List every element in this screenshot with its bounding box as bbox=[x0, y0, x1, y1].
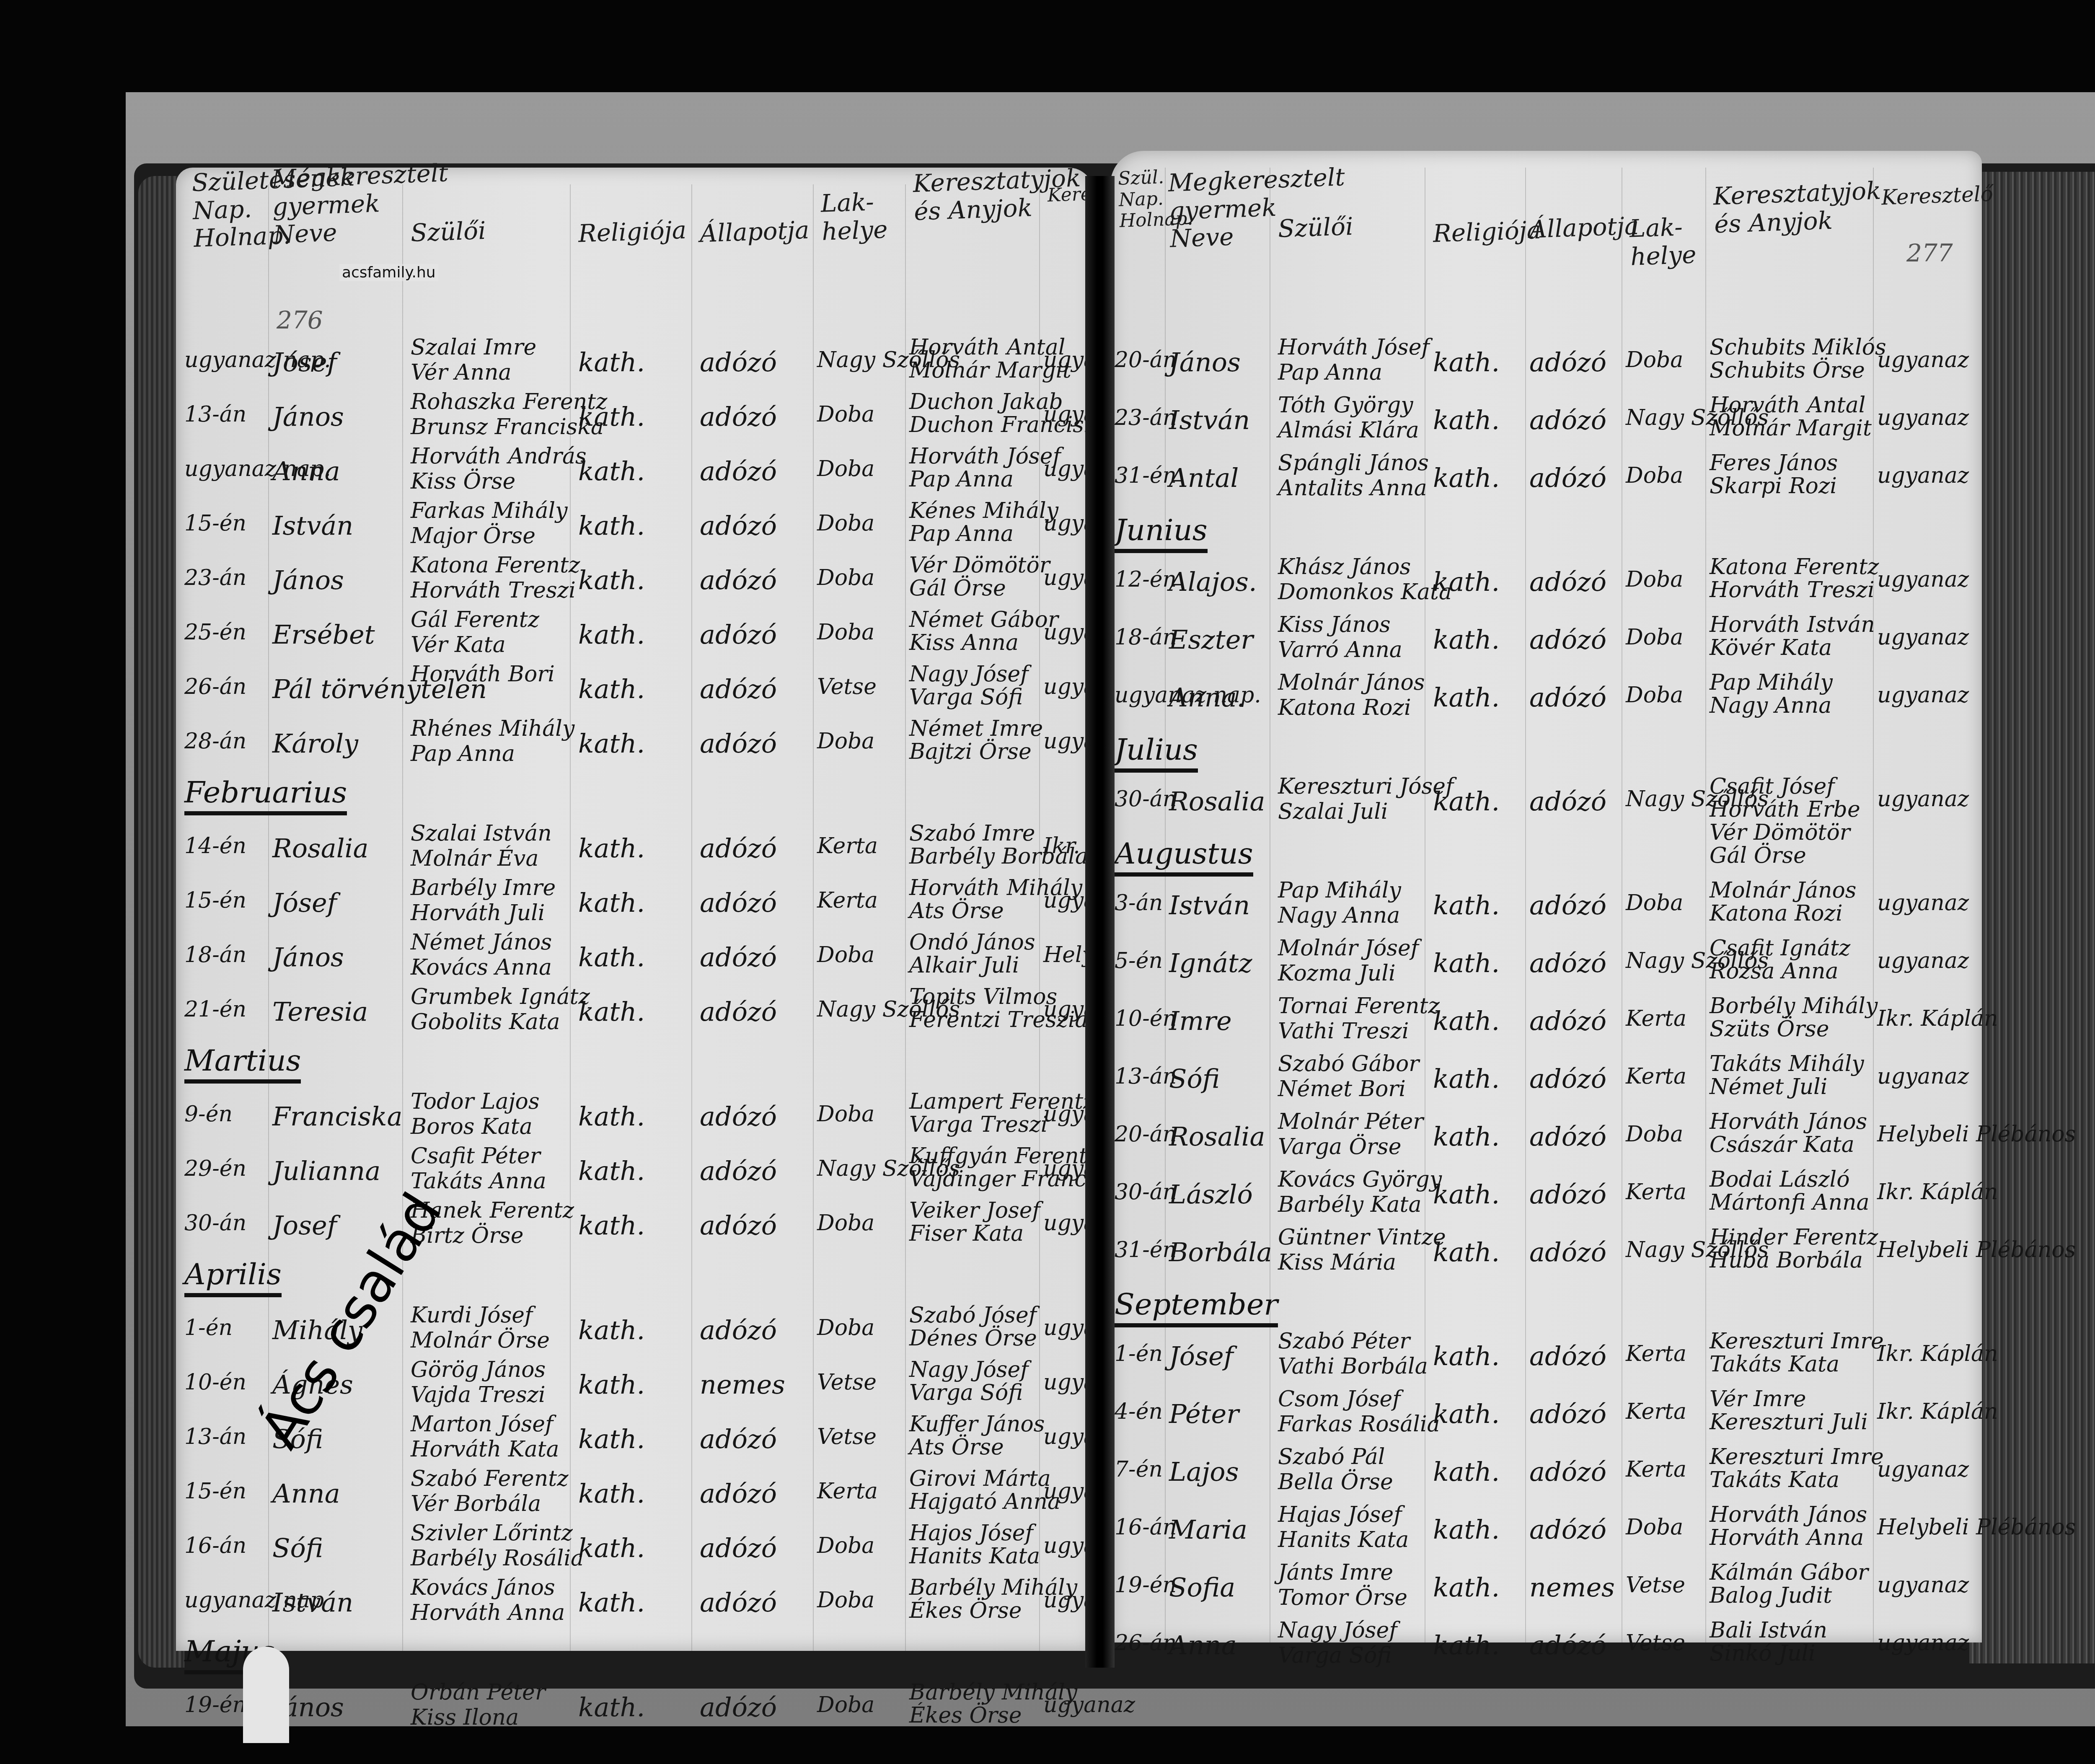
parent-name: Orbán Péter bbox=[411, 1680, 546, 1705]
entry-date: 30-án bbox=[184, 1211, 246, 1235]
godparent-name: Balog Judit bbox=[1710, 1583, 1832, 1608]
child-name: Jósef bbox=[272, 888, 337, 917]
parent-name: Molnár Jósef bbox=[1278, 936, 1419, 960]
parent-name: Nagy Jósef bbox=[1278, 1618, 1397, 1642]
page-edges-right bbox=[1969, 172, 2095, 1663]
child-name: Imre bbox=[1169, 1006, 1232, 1035]
priest: Helybeli Plébános bbox=[1877, 1515, 2076, 1539]
godparent-name: Horváth Treszi bbox=[1710, 578, 1875, 602]
parent-name: Horváth Juli bbox=[411, 901, 545, 925]
col-header-birth-date: Szül. Nap. Holnap. bbox=[1117, 167, 1166, 232]
status: adózó bbox=[1529, 1180, 1606, 1209]
page-number-right: 277 bbox=[1906, 239, 1953, 267]
priest: ugyanaz bbox=[1877, 1631, 1969, 1655]
child-name: Maria bbox=[1169, 1515, 1247, 1544]
religion: kath. bbox=[1433, 1515, 1500, 1544]
child-name: Anna bbox=[272, 1479, 340, 1508]
religion: kath. bbox=[1433, 949, 1500, 978]
religion: kath. bbox=[578, 1693, 645, 1722]
entry-date: 3-án bbox=[1115, 891, 1163, 915]
religion: kath. bbox=[1433, 348, 1500, 377]
godparent-name: Vér Dömötör bbox=[1710, 820, 1850, 845]
godparent-name: Vér Dömötör bbox=[909, 553, 1050, 577]
godparent-name: Kuffer János bbox=[909, 1412, 1045, 1436]
godparent-name: Kövér Kata bbox=[1710, 636, 1832, 660]
godparent-name: Ondó János bbox=[909, 930, 1035, 954]
residence: Doba bbox=[1626, 683, 1683, 707]
priest: ugyanaz bbox=[1877, 348, 1969, 372]
parent-name: Vér Kata bbox=[411, 633, 506, 657]
parent-name: Nagy Anna bbox=[1278, 903, 1400, 928]
col-header-parents: Szülői bbox=[1278, 212, 1354, 243]
parent-name: Szabó Gábor bbox=[1278, 1052, 1419, 1076]
parent-name: Marton Jósef bbox=[411, 1412, 553, 1436]
child-name: Julianna bbox=[272, 1156, 380, 1185]
godparent-name: Gál Örse bbox=[1710, 843, 1806, 868]
parent-name: Szabó Ferentz bbox=[411, 1467, 569, 1491]
residence: Kerta bbox=[817, 834, 878, 858]
priest: Ikr. Káplán bbox=[1877, 1342, 1998, 1366]
residence: Doba bbox=[1626, 1122, 1683, 1146]
parent-name: Barbély Imre bbox=[411, 876, 556, 900]
child-name: István bbox=[272, 1588, 353, 1617]
entry-date: 20-án bbox=[1115, 1122, 1177, 1146]
parent-name: Kovács János bbox=[411, 1575, 555, 1600]
entry-date: 7-én bbox=[1115, 1457, 1163, 1482]
godparent-name: Csafit Jósef bbox=[1710, 774, 1834, 799]
month-heading: September bbox=[1115, 1287, 1278, 1327]
parent-name: Csom Jósef bbox=[1278, 1387, 1400, 1411]
godparent-name: Csafit Ignátz bbox=[1710, 936, 1850, 960]
child-name: István bbox=[1169, 891, 1250, 920]
godparent-name: Pap Mihály bbox=[1710, 670, 1833, 695]
parent-name: Varró Anna bbox=[1278, 638, 1402, 662]
entry-date: 15-én bbox=[184, 511, 246, 535]
parent-name: Farkas Rosália bbox=[1278, 1412, 1440, 1436]
parent-name: Domonkos Kata bbox=[1278, 580, 1452, 604]
godparent-name: Feres János bbox=[1710, 451, 1838, 475]
child-name: Péter bbox=[1169, 1399, 1239, 1428]
godparent-name: Rozsa Anna bbox=[1710, 959, 1839, 983]
child-name: Sófi bbox=[1169, 1064, 1220, 1093]
parent-name: Kovács Anna bbox=[411, 955, 552, 980]
entry-date: 10-én bbox=[1115, 1006, 1177, 1031]
child-name: Josef bbox=[272, 1211, 337, 1240]
child-name: István bbox=[272, 511, 353, 540]
godparent-name: Bajtzi Örse bbox=[909, 740, 1032, 764]
parent-name: Horváth Kata bbox=[411, 1437, 559, 1461]
godparent-name: Szabó Imre bbox=[909, 821, 1035, 846]
parent-name: Gál Ferentz bbox=[411, 608, 539, 632]
religion: kath. bbox=[1433, 1006, 1500, 1035]
entry-date: 26-án bbox=[184, 675, 246, 699]
godparent-name: Hinder Ferentz bbox=[1710, 1225, 1878, 1249]
watermark-url: acsfamily.hu bbox=[339, 264, 438, 281]
status: adózó bbox=[1529, 1342, 1606, 1371]
parent-name: Horváth Anna bbox=[411, 1601, 565, 1625]
godparent-name: Szabó Jósef bbox=[909, 1303, 1037, 1327]
parent-name: Kiss Mária bbox=[1278, 1250, 1396, 1275]
parent-name: Almási Klára bbox=[1278, 418, 1419, 442]
parent-name: Farkas Mihály bbox=[411, 499, 568, 523]
child-name: János bbox=[272, 402, 344, 431]
parent-name: Pap Anna bbox=[1278, 360, 1382, 385]
residence: Kerta bbox=[1626, 1342, 1686, 1366]
godparent-name: Sinkó Juli bbox=[1710, 1641, 1816, 1666]
godparent-name: Schubits Örse bbox=[1710, 358, 1865, 383]
status: adózó bbox=[700, 675, 777, 704]
child-name: Anna. bbox=[1169, 683, 1245, 712]
right-page: Szül. Nap. Holnap. Megkeresztelt gyermek… bbox=[1110, 151, 1982, 1642]
religion: kath. bbox=[1433, 1064, 1500, 1093]
status: adózó bbox=[700, 402, 777, 431]
entry-date: 4-én bbox=[1115, 1399, 1163, 1424]
parent-name: Hajas Jósef bbox=[1278, 1503, 1402, 1527]
entry-date: 30-án bbox=[1115, 1180, 1177, 1204]
entry-date: 28-án bbox=[184, 729, 246, 753]
godparent-name: Takáts Kata bbox=[1710, 1468, 1839, 1492]
religion: kath. bbox=[578, 675, 645, 704]
godparent-name: Girovi Márta bbox=[909, 1467, 1051, 1491]
residence: Doba bbox=[817, 1102, 874, 1126]
status: adózó bbox=[1529, 1399, 1606, 1428]
religion: kath. bbox=[578, 997, 645, 1026]
col-header-parents: Szülői bbox=[410, 217, 486, 247]
godparent-name: Kereszturi Imre bbox=[1710, 1445, 1884, 1469]
status: adózó bbox=[700, 566, 777, 595]
religion: kath. bbox=[578, 457, 645, 486]
residence: Kerta bbox=[1626, 1064, 1686, 1089]
child-name: János bbox=[272, 566, 344, 595]
parent-name: Brunsz Franciska bbox=[411, 415, 604, 439]
residence: Doba bbox=[1626, 891, 1683, 915]
godparent-name: Szüts Örse bbox=[1710, 1017, 1829, 1041]
priest: Ikr. Káplán bbox=[1877, 1399, 1998, 1424]
priest: ugyanaz bbox=[1877, 1064, 1969, 1089]
religion: kath. bbox=[1433, 1457, 1500, 1486]
residence: Vetse bbox=[1626, 1573, 1685, 1597]
religion: kath. bbox=[1433, 1573, 1500, 1602]
entry-date: 18-án bbox=[184, 943, 246, 967]
priest: ugyanaz bbox=[1877, 406, 1969, 430]
entry-date: 31-én bbox=[1115, 1238, 1177, 1262]
status: adózó bbox=[700, 997, 777, 1026]
child-name: Teresia bbox=[272, 997, 368, 1026]
godparent-name: Kiss Anna bbox=[909, 631, 1019, 655]
godparent-name: Katona Ferentz bbox=[1710, 555, 1879, 579]
entry-date: 31-én bbox=[1115, 463, 1177, 488]
parent-name: Vér Anna bbox=[411, 360, 511, 385]
residence: Doba bbox=[817, 729, 874, 753]
priest: ugyanaz bbox=[1877, 891, 1969, 915]
child-name: János bbox=[272, 943, 344, 972]
religion: kath. bbox=[1433, 683, 1500, 712]
status: adózó bbox=[1529, 406, 1606, 435]
parent-name: Német Bori bbox=[1278, 1077, 1406, 1101]
entry-date: 26-án bbox=[1115, 1631, 1177, 1655]
entry-date: 16-án bbox=[184, 1534, 246, 1558]
entry-date: 25-én bbox=[184, 620, 246, 644]
godparent-name: Ékes Örse bbox=[909, 1598, 1022, 1623]
entry-date: 19-én bbox=[1115, 1573, 1177, 1597]
parent-name: Molnár Örse bbox=[411, 1328, 550, 1353]
parent-name: Kiss Ilona bbox=[411, 1705, 519, 1730]
godparent-name: Molnár Margit bbox=[1710, 416, 1872, 440]
page-holder-finger bbox=[243, 1647, 289, 1743]
status: adózó bbox=[700, 511, 777, 540]
godparent-name: Gál Örse bbox=[909, 576, 1006, 600]
status: adózó bbox=[1529, 1064, 1606, 1093]
col-header-child-name: Megkeresztelt gyermek Neve bbox=[1168, 166, 1263, 253]
child-name: Ersébet bbox=[272, 620, 375, 649]
residence: Doba bbox=[1626, 1515, 1683, 1539]
residence: Doba bbox=[1626, 625, 1683, 649]
month-heading: Aprilis bbox=[184, 1257, 282, 1297]
religion: kath. bbox=[578, 1102, 645, 1131]
godparent-name: Borbély Mihály bbox=[1710, 994, 1878, 1018]
religion: kath. bbox=[1433, 625, 1500, 654]
godparent-name: Bodai László bbox=[1710, 1167, 1850, 1192]
child-name: Anna bbox=[1169, 1631, 1237, 1660]
book-gutter bbox=[1085, 176, 1115, 1668]
child-name: Jósef bbox=[272, 348, 337, 377]
residence: Vetse bbox=[1626, 1631, 1685, 1655]
entry-date: 5-én bbox=[1115, 949, 1163, 973]
residence: Doba bbox=[817, 943, 874, 967]
status: adózó bbox=[1529, 891, 1606, 920]
residence: Vetse bbox=[817, 1370, 877, 1394]
col-header-status: Állapotja bbox=[1529, 212, 1640, 243]
status: adózó bbox=[700, 1425, 777, 1454]
parent-name: Güntner Vintze bbox=[1278, 1225, 1446, 1249]
priest: ugyanaz bbox=[1877, 567, 1969, 592]
child-name: Jósef bbox=[1169, 1342, 1234, 1371]
godparent-name: Bali István bbox=[1710, 1618, 1827, 1642]
residence: Doba bbox=[817, 457, 874, 481]
godparent-name: Kereszturi Imre bbox=[1710, 1329, 1884, 1353]
parent-name: Tomor Örse bbox=[1278, 1586, 1407, 1610]
col-header-child-name: Megkeresztelt gyermek Neve bbox=[271, 162, 370, 249]
priest: Helybeli Plébános bbox=[1877, 1238, 2076, 1262]
godparent-name: Pap Anna bbox=[909, 522, 1014, 546]
residence: Doba bbox=[817, 511, 874, 535]
child-name: László bbox=[1169, 1180, 1253, 1209]
parent-name: Vathi Treszi bbox=[1278, 1019, 1409, 1043]
child-name: Anna bbox=[272, 457, 340, 486]
godparent-name: Veiker Josef bbox=[909, 1198, 1040, 1223]
status: adózó bbox=[700, 943, 777, 972]
godparent-name: Nagy Jósef bbox=[909, 1358, 1029, 1382]
entry-date: 16-án bbox=[1115, 1515, 1177, 1539]
priest: ugyanaz bbox=[1877, 683, 1969, 707]
godparent-name: Horváth János bbox=[1710, 1503, 1867, 1527]
priest: Ikr. Káplán bbox=[1877, 1180, 1998, 1204]
godparent-name: Hajos Jósef bbox=[909, 1521, 1033, 1545]
residence: Doba bbox=[817, 1693, 874, 1717]
col-header-birth-date: Születésének Nap. Holnap. bbox=[191, 166, 270, 253]
religion: kath. bbox=[578, 1316, 645, 1345]
status: adózó bbox=[700, 834, 777, 863]
religion: kath. bbox=[1433, 1342, 1500, 1371]
godparent-name: Takáts Mihály bbox=[1710, 1052, 1864, 1076]
status: adózó bbox=[1529, 348, 1606, 377]
parent-name: Major Örse bbox=[411, 524, 535, 548]
religion: kath. bbox=[1433, 406, 1500, 435]
parent-name: Spángli János bbox=[1278, 451, 1429, 475]
godparent-name: Dénes Örse bbox=[909, 1326, 1037, 1350]
godparent-name: Kénes Mihály bbox=[909, 499, 1058, 523]
parent-name: Szabó Péter bbox=[1278, 1329, 1410, 1353]
parent-name: Csafit Péter bbox=[411, 1144, 541, 1168]
religion: kath. bbox=[578, 402, 645, 431]
col-header-residence: Lak-helye bbox=[820, 187, 890, 246]
parent-name: Hanits Kata bbox=[1278, 1528, 1409, 1552]
child-name: Borbála bbox=[1169, 1238, 1272, 1267]
entry-date: 15-én bbox=[184, 888, 246, 913]
status: adózó bbox=[700, 888, 777, 917]
status: adózó bbox=[700, 1479, 777, 1508]
parent-name: Szalai István bbox=[411, 821, 552, 846]
parent-name: Szabó Pál bbox=[1278, 1445, 1385, 1469]
parent-name: Horváth Treszi bbox=[411, 578, 576, 603]
residence: Kerta bbox=[1626, 1180, 1686, 1204]
entry-date: 30-án bbox=[1115, 787, 1177, 811]
religion: kath. bbox=[578, 511, 645, 540]
parent-name: Vathi Borbála bbox=[1278, 1354, 1428, 1379]
religion: kath. bbox=[578, 1370, 645, 1399]
godparent-name: Duchon Jakab bbox=[909, 390, 1063, 414]
residence: Kerta bbox=[817, 1479, 878, 1503]
entry-date: 13-án bbox=[184, 1425, 246, 1449]
parent-name: Német János bbox=[411, 930, 552, 954]
residence: Doba bbox=[817, 1588, 874, 1612]
religion: kath. bbox=[578, 1588, 645, 1617]
parent-name: Todor Lajos bbox=[411, 1089, 540, 1114]
residence: Kerta bbox=[1626, 1399, 1686, 1424]
status: adózó bbox=[1529, 1122, 1606, 1151]
priest: ugyanaz bbox=[1877, 949, 1969, 973]
religion: kath. bbox=[578, 620, 645, 649]
residence: Doba bbox=[817, 1534, 874, 1558]
status: adózó bbox=[700, 1588, 777, 1617]
entry-date: 20-án bbox=[1115, 348, 1177, 372]
residence: Doba bbox=[817, 402, 874, 427]
godparent-name: Schubits Miklós bbox=[1710, 335, 1886, 360]
parent-name: Rhénes Mihály bbox=[411, 716, 574, 741]
godparent-name: Vér Imre bbox=[1710, 1387, 1806, 1411]
parent-name: Molnár János bbox=[1278, 670, 1425, 695]
parent-name: Varga Örse bbox=[1278, 1135, 1401, 1159]
status: adózó bbox=[700, 1156, 777, 1185]
residence: Kerta bbox=[1626, 1457, 1686, 1482]
child-name: Rosalia bbox=[1169, 787, 1265, 816]
godparent-name: Horváth Erbe bbox=[1710, 797, 1860, 822]
parent-name: Jánts Imre bbox=[1278, 1560, 1393, 1585]
parent-name: Katona Rozi bbox=[1278, 696, 1411, 720]
entry-date: 21-én bbox=[184, 997, 246, 1022]
religion: kath. bbox=[578, 1479, 645, 1508]
godparent-name: Nagy Anna bbox=[1710, 693, 1831, 718]
parent-name: Takáts Anna bbox=[411, 1169, 546, 1193]
parent-name: Khász János bbox=[1278, 555, 1411, 579]
parent-name: Horváth Jósef bbox=[1278, 335, 1430, 360]
religion: kath. bbox=[1433, 891, 1500, 920]
status: adózó bbox=[700, 729, 777, 758]
status: adózó bbox=[700, 1693, 777, 1722]
religion: kath. bbox=[1433, 1180, 1500, 1209]
status: adózó bbox=[1529, 567, 1606, 596]
godparent-name: Ats Örse bbox=[909, 1435, 1004, 1459]
residence: Kerta bbox=[1626, 1006, 1686, 1031]
parent-name: Szalai Imre bbox=[411, 335, 536, 360]
parent-name: Tornai Ferentz bbox=[1278, 994, 1440, 1018]
priest: ugyanaz bbox=[1877, 463, 1969, 488]
status: adózó bbox=[1529, 463, 1606, 492]
residence: Doba bbox=[1626, 463, 1683, 488]
child-name: Eszter bbox=[1169, 625, 1253, 654]
entry-date: 18-án bbox=[1115, 625, 1177, 649]
parent-name: Horváth Bori bbox=[411, 662, 555, 686]
status: adózó bbox=[700, 1211, 777, 1240]
godparent-name: Pap Anna bbox=[909, 467, 1014, 491]
godparent-name: Nagy Jósef bbox=[909, 662, 1029, 686]
status: adózó bbox=[700, 620, 777, 649]
priest: Helybeli Plébános bbox=[1877, 1122, 2076, 1146]
godparent-name: Katona Rozi bbox=[1710, 901, 1843, 926]
godparent-name: Topits Vilmos bbox=[909, 985, 1057, 1009]
parent-name: Barbély Kata bbox=[1278, 1192, 1421, 1217]
godparent-name: Német Juli bbox=[1710, 1075, 1827, 1099]
priest: ugyanaz bbox=[1877, 625, 1969, 649]
religion: kath. bbox=[578, 888, 645, 917]
status: adózó bbox=[700, 1316, 777, 1345]
month-heading: Martius bbox=[184, 1043, 301, 1084]
status: adózó bbox=[700, 457, 777, 486]
godparent-name: Császár Kata bbox=[1710, 1133, 1854, 1157]
child-name: Ignátz bbox=[1169, 949, 1252, 978]
religion: kath. bbox=[1433, 1631, 1500, 1660]
col-header-religion: Religiója bbox=[578, 216, 687, 248]
entry-date: 12-én bbox=[1115, 567, 1177, 592]
residence: Kerta bbox=[817, 888, 878, 913]
child-name: Lajos bbox=[1169, 1457, 1239, 1486]
godparent-name: Horváth János bbox=[1710, 1110, 1867, 1134]
godparent-name: Német Gábor bbox=[909, 608, 1058, 632]
parent-name: Kovács György bbox=[1278, 1167, 1442, 1192]
godparent-name: Kálmán Gábor bbox=[1710, 1560, 1868, 1585]
residence: Doba bbox=[817, 1316, 874, 1340]
child-name: István bbox=[1169, 406, 1250, 435]
religion: kath. bbox=[1433, 787, 1500, 816]
godparent-name: Kereszturi Juli bbox=[1710, 1410, 1868, 1434]
godparent-name: Német Imre bbox=[909, 716, 1043, 741]
status: adózó bbox=[700, 348, 777, 377]
parent-name: Barbély Rosália bbox=[411, 1546, 584, 1570]
parent-name: Kiss János bbox=[1278, 613, 1391, 637]
parent-name: Görög János bbox=[411, 1358, 546, 1382]
priest: Ikr. Káplán bbox=[1877, 1006, 1998, 1031]
parent-name: Tóth György bbox=[1278, 393, 1413, 417]
entry-date: 9-én bbox=[184, 1102, 233, 1126]
godparent-name: Varga Sófi bbox=[909, 1381, 1023, 1405]
parent-name: Katona Ferentz bbox=[411, 553, 580, 577]
parent-name: Antalits Anna bbox=[1278, 476, 1427, 500]
parent-name: Bella Örse bbox=[1278, 1470, 1393, 1494]
residence: Doba bbox=[817, 620, 874, 644]
child-name: Rosalia bbox=[1169, 1122, 1265, 1151]
residence: Vetse bbox=[817, 1425, 877, 1449]
religion: kath. bbox=[578, 1425, 645, 1454]
